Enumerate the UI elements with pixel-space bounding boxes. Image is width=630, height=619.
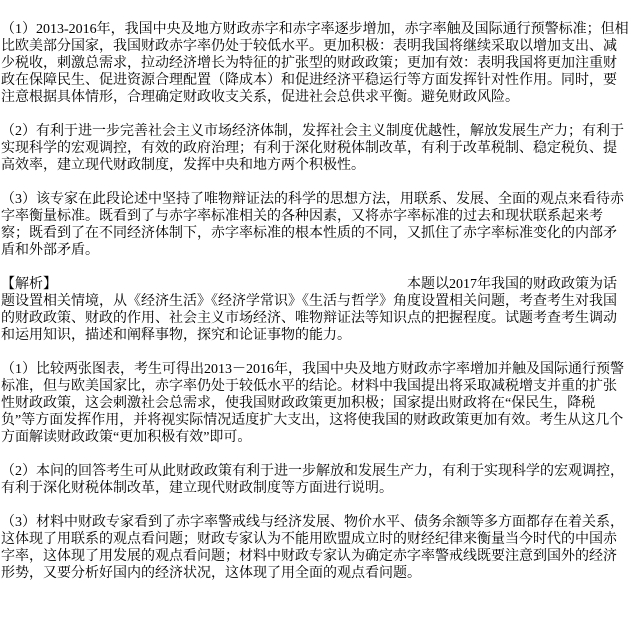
analysis-answer-gap <box>57 287 407 288</box>
analysis-point-2: （2）本问的回答考生可从此财政政策有利于进一步解放和发展生产力，有利于实现科学的… <box>1 463 629 497</box>
analysis-label: 【解析】 <box>1 277 57 292</box>
analysis-paragraph: 【解析】本题以2017年我国的财政政策为话题设置相关情境，从《经济生活》《经济学… <box>1 276 629 344</box>
answer-paragraph-1: （1）2013-2016年，我国中央及地方财政赤字和赤字率逐步增加，赤字率触及国… <box>1 21 629 106</box>
document-page: （1）2013-2016年，我国中央及地方财政赤字和赤字率逐步增加，赤字率触及国… <box>0 0 630 582</box>
analysis-point-3: （3）材料中财政专家看到了赤字率警戒线与经济发展、物价水平、债务余额等多方面都存… <box>1 514 629 582</box>
answer-paragraph-2: （2）有利于进一步完善社会主义市场经济体制，发挥社会主义制度优越性，解放发展生产… <box>1 123 629 174</box>
analysis-point-1: （1）比较两张图表，考生可得出2013－2016年，我国中央及地方财政赤字率增加… <box>1 361 629 446</box>
answer-paragraph-3: （3）该专家在此段论述中坚持了唯物辩证法的科学的思想方法，用联系、发展、全面的观… <box>1 191 629 259</box>
